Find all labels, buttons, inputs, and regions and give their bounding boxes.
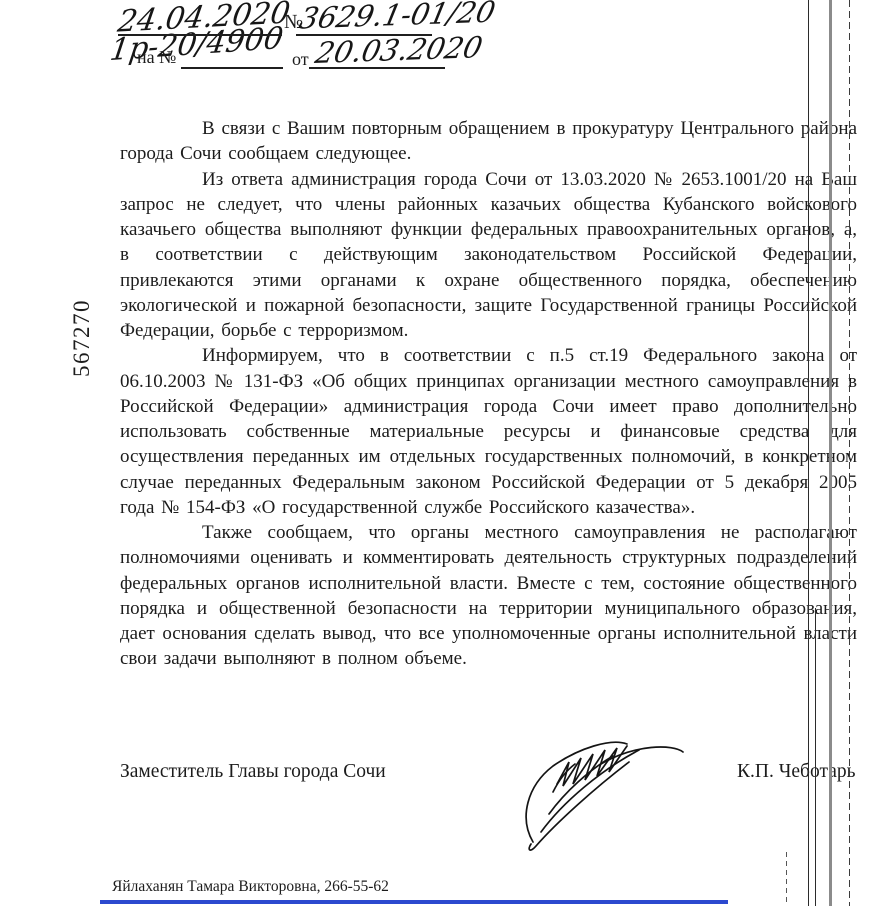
paragraph: Также сообщаем, что органы местного само… <box>120 520 857 672</box>
signer-title: Заместитель Главы города Сочи <box>120 761 386 783</box>
header-underline <box>181 67 283 69</box>
scanned-letter-page: 24.04.2020 № 3629.1-01/20 1р-20/4900 на … <box>0 0 896 906</box>
scan-fold-line-gray <box>829 0 832 906</box>
bottom-accent-line <box>100 900 728 904</box>
from-date-label: от <box>292 49 309 70</box>
signer-name: К.П. Чеботарь <box>737 761 856 783</box>
header-underline <box>296 34 432 36</box>
scan-fold-line <box>815 608 816 906</box>
header-underline <box>309 67 445 69</box>
header-underline <box>118 34 282 36</box>
reply-to-number-label: на № <box>137 47 176 68</box>
handwritten-signature <box>505 722 705 872</box>
paragraph: Информируем, что в соответствии с п.5 ст… <box>120 343 857 520</box>
scan-fold-line-dashed <box>786 852 787 906</box>
letter-body: В связи с Вашим повторным обращением в п… <box>120 116 857 672</box>
executor-contact: Яйлаханян Тамара Викторовна, 266-55-62 <box>112 878 389 896</box>
paragraph: Из ответа администрация города Сочи от 1… <box>120 167 857 344</box>
paragraph: В связи с Вашим повторным обращением в п… <box>120 116 857 167</box>
registration-number-text: 567270 <box>69 299 95 377</box>
scan-fold-line-dashed <box>849 0 850 906</box>
scan-fold-line <box>808 0 809 906</box>
